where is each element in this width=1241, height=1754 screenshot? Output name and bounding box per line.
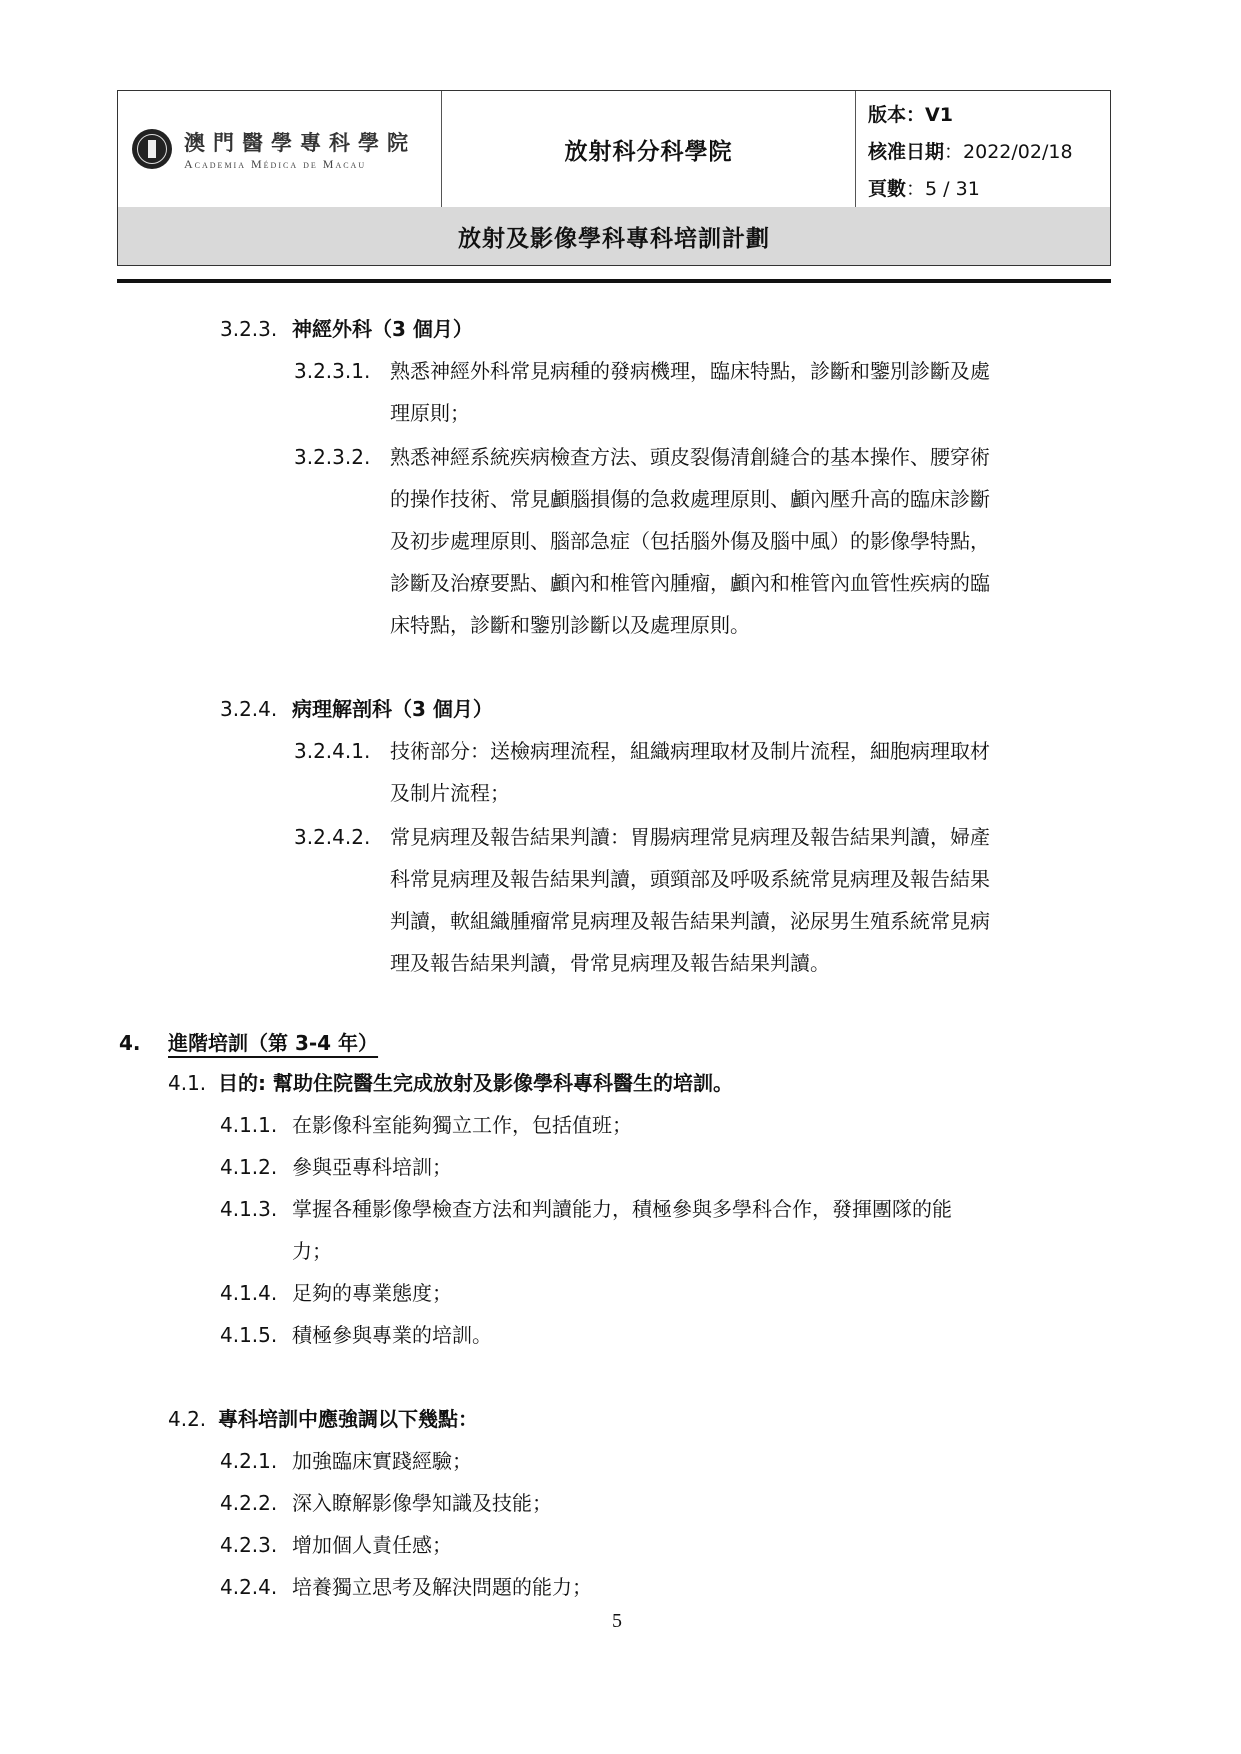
academy-name-zh: 澳門醫學專科學院	[184, 127, 416, 157]
section-heading-4-2: 4.2.專科培訓中應強調以下幾點：	[168, 1406, 478, 1432]
item-text: 深入瞭解影像學知識及技能；	[292, 1491, 552, 1515]
academy-logo-text: 澳門醫學專科學院 Academia Médica de Macau	[184, 127, 416, 172]
list-item: 4.1.3.掌握各種影像學檢查方法和判讀能力，積極參與多學科合作，發揮團隊的能	[220, 1196, 952, 1222]
item-text: 加強臨床實踐經驗；	[292, 1449, 472, 1473]
item-number: 3.2.4.2.	[294, 824, 390, 850]
pages-row: 頁數：5 / 31	[868, 171, 1110, 208]
document-header-table: 澳門醫學專科學院 Academia Médica de Macau 放射科分科學…	[117, 90, 1111, 266]
item-number: 4.2.3.	[220, 1532, 292, 1558]
logo-cell: 澳門醫學專科學院 Academia Médica de Macau	[118, 91, 442, 207]
item-text-continued: 及制片流程；	[390, 780, 510, 806]
item-number: 4.1.3.	[220, 1196, 292, 1222]
separator: ：	[906, 178, 925, 200]
section-heading-4: 4.進階培訓（第 3-4 年）	[119, 1030, 378, 1056]
list-item: 3.2.3.2.熟悉神經系統疾病檢查方法、頭皮裂傷清創縫合的基本操作、腰穿術	[294, 444, 990, 470]
item-text: 足夠的專業態度；	[292, 1281, 452, 1305]
item-text-continued: 力；	[292, 1238, 332, 1264]
item-number: 4.1.5.	[220, 1322, 292, 1348]
pages-value: 5 / 31	[925, 178, 980, 200]
pages-label: 頁數	[868, 178, 906, 200]
item-text-continued: 理及報告結果判讀，骨常見病理及報告結果判讀。	[390, 950, 830, 976]
approval-date-label: 核准日期	[868, 141, 944, 163]
item-number: 3.2.4.1.	[294, 738, 390, 764]
item-text: 熟悉神經外科常見病種的發病機理，臨床特點，診斷和鑒別診斷及處	[390, 359, 990, 383]
list-item: 3.2.4.2.常見病理及報告結果判讀：胃腸病理常見病理及報告結果判讀，婦產	[294, 824, 990, 850]
approval-date-value: 2022/02/18	[963, 141, 1073, 163]
list-item: 3.2.3.1.熟悉神經外科常見病種的發病機理，臨床特點，診斷和鑒別診斷及處	[294, 358, 990, 384]
list-item: 4.2.3.增加個人責任感；	[220, 1532, 452, 1558]
document-title: 放射及影像學科專科培訓計劃	[118, 207, 1110, 265]
section-heading-3-2-4: 3.2.4.病理解剖科（3 個月）	[220, 696, 493, 722]
version-value: V1	[925, 104, 953, 126]
section-number: 4.	[119, 1030, 168, 1056]
approval-date-row: 核准日期：2022/02/18	[868, 134, 1110, 171]
list-item: 4.1.5.積極參與專業的培訓。	[220, 1322, 492, 1348]
page-number: 5	[612, 1610, 622, 1633]
item-text: 技術部分：送檢病理流程，組織病理取材及制片流程，細胞病理取材	[390, 739, 990, 763]
section-heading-3-2-3: 3.2.3.神經外科（3 個月）	[220, 316, 473, 342]
header-divider	[117, 279, 1111, 283]
item-number: 4.2.2.	[220, 1490, 292, 1516]
item-number: 4.1.4.	[220, 1280, 292, 1306]
section-number: 4.1.	[168, 1070, 218, 1096]
item-number: 4.2.1.	[220, 1448, 292, 1474]
item-text: 參與亞專科培訓；	[292, 1155, 452, 1179]
item-text-continued: 及初步處理原則、腦部急症（包括腦外傷及腦中風）的影像學特點，	[390, 528, 990, 554]
section-heading-4-1: 4.1.目的: 幫助住院醫生完成放射及影像學科專科醫生的培訓。	[168, 1070, 733, 1096]
item-number: 3.2.3.1.	[294, 358, 390, 384]
list-item: 4.1.1.在影像科室能夠獨立工作，包括值班；	[220, 1112, 632, 1138]
list-item: 4.1.2.參與亞專科培訓；	[220, 1154, 452, 1180]
item-text-continued: 床特點，診斷和鑒別診斷以及處理原則。	[390, 612, 750, 638]
section-title: 進階培訓（第 3-4 年）	[168, 1031, 378, 1055]
department-name: 放射科分科學院	[442, 91, 856, 207]
item-text-continued: 診斷及治療要點、顱內和椎管內腫瘤，顱內和椎管內血管性疾病的臨	[390, 570, 990, 596]
item-text-continued: 判讀，軟組織腫瘤常見病理及報告結果判讀，泌尿男生殖系統常見病	[390, 908, 990, 934]
item-number: 4.1.1.	[220, 1112, 292, 1138]
item-text-continued: 科常見病理及報告結果判讀，頭頸部及呼吸系統常見病理及報告結果	[390, 866, 990, 892]
section-title: 病理解剖科（3 個月）	[292, 697, 493, 721]
item-number: 4.2.4.	[220, 1574, 292, 1600]
item-text: 熟悉神經系統疾病檢查方法、頭皮裂傷清創縫合的基本操作、腰穿術	[390, 445, 990, 469]
section-title: 目的: 幫助住院醫生完成放射及影像學科專科醫生的培訓。	[218, 1071, 733, 1095]
section-title: 專科培訓中應強調以下幾點：	[218, 1407, 478, 1431]
section-number: 3.2.3.	[220, 316, 292, 342]
item-text: 積極參與專業的培訓。	[292, 1323, 492, 1347]
list-item: 4.2.4.培養獨立思考及解決問題的能力；	[220, 1574, 592, 1600]
item-text: 增加個人責任感；	[292, 1533, 452, 1557]
section-title: 神經外科（3 個月）	[292, 317, 473, 341]
version-label: 版本：	[868, 104, 925, 126]
document-meta: 版本：V1 核准日期：2022/02/18 頁數：5 / 31	[856, 91, 1110, 207]
academy-name-en: Academia Médica de Macau	[184, 157, 416, 172]
separator: ：	[944, 141, 963, 163]
section-number: 3.2.4.	[220, 696, 292, 722]
item-text: 掌握各種影像學檢查方法和判讀能力，積極參與多學科合作，發揮團隊的能	[292, 1197, 952, 1221]
academy-seal-icon	[132, 129, 172, 169]
item-number: 3.2.3.2.	[294, 444, 390, 470]
item-text: 常見病理及報告結果判讀：胃腸病理常見病理及報告結果判讀，婦產	[390, 825, 990, 849]
version-row: 版本：V1	[868, 97, 1110, 134]
item-text-continued: 的操作技術、常見顱腦損傷的急救處理原則、顱內壓升高的臨床診斷	[390, 486, 990, 512]
item-text: 培養獨立思考及解決問題的能力；	[292, 1575, 592, 1599]
item-number: 4.1.2.	[220, 1154, 292, 1180]
header-top-row: 澳門醫學專科學院 Academia Médica de Macau 放射科分科學…	[118, 91, 1110, 208]
item-text-continued: 理原則；	[390, 400, 470, 426]
list-item: 3.2.4.1.技術部分：送檢病理流程，組織病理取材及制片流程，細胞病理取材	[294, 738, 990, 764]
list-item: 4.2.2.深入瞭解影像學知識及技能；	[220, 1490, 552, 1516]
section-number: 4.2.	[168, 1406, 218, 1432]
list-item: 4.2.1.加強臨床實踐經驗；	[220, 1448, 472, 1474]
list-item: 4.1.4.足夠的專業態度；	[220, 1280, 452, 1306]
item-text: 在影像科室能夠獨立工作，包括值班；	[292, 1113, 632, 1137]
